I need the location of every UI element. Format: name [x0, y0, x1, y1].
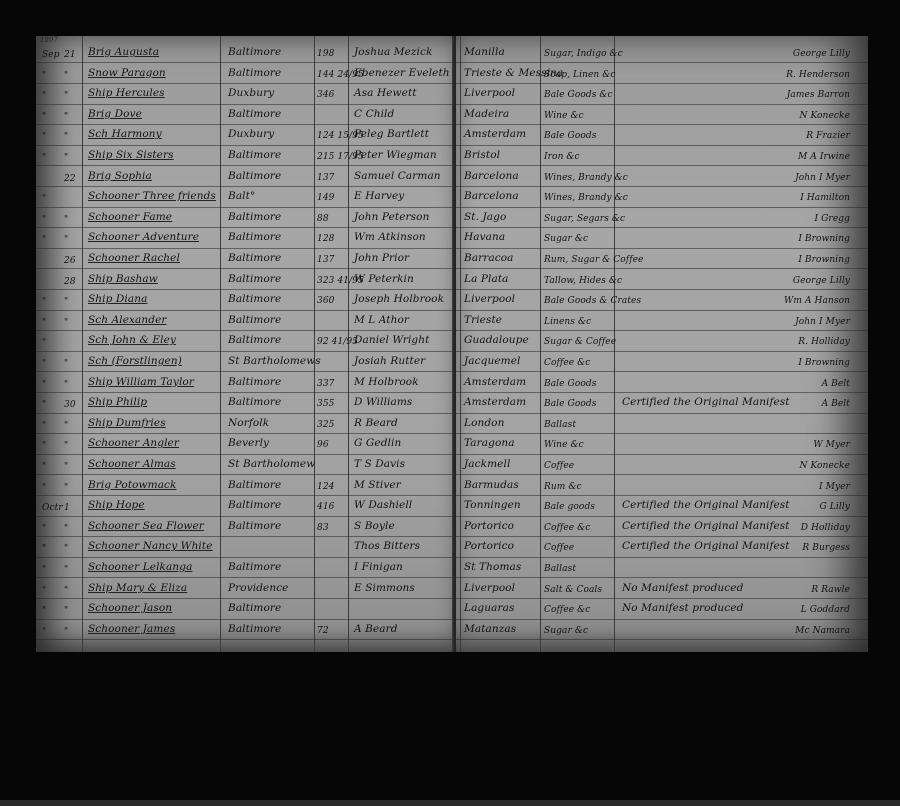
entry-vessel: Schooner Three friends [88, 188, 216, 204]
entry-master: John Prior [354, 250, 409, 266]
entry-day: " [64, 315, 68, 331]
entry-owner: N Konecke [800, 108, 850, 124]
entry-month: " [42, 191, 46, 207]
table-row: ""Schooner Sea FlowerBaltimore83S Boyle [36, 516, 456, 537]
entry-day: " [64, 562, 68, 578]
table-row: "30Ship PhilipBaltimore355D Williams [36, 392, 456, 413]
table-row: St ThomasBallast [456, 557, 868, 578]
entry-owner: W Myer [813, 437, 850, 453]
entry-owner: John I Myer [795, 170, 850, 186]
entry-cargo: Sugar &c [544, 231, 588, 247]
entry-cargo: Coffee [544, 540, 574, 556]
entry-month: " [42, 438, 46, 454]
entry-port: Baltimore [228, 250, 281, 266]
entry-port: Baltimore [228, 106, 281, 122]
entry-vessel: Schooner James [88, 621, 175, 637]
entry-port: Baltimore [228, 332, 281, 348]
entry-vessel: Ship Hope [88, 497, 145, 513]
entry-owner: A Belt [822, 396, 850, 412]
entry-master: John Peterson [354, 209, 429, 225]
entry-vessel: Sch John & Eley [88, 332, 176, 348]
entry-month: " [42, 521, 46, 537]
entry-from: Portorico [464, 538, 514, 554]
entry-vessel: Schooner Sea Flower [88, 518, 204, 534]
entry-owner: R Frazier [806, 128, 850, 144]
table-row: 26Schooner RachelBaltimore137John Prior [36, 248, 456, 269]
entry-tons: 124 [317, 479, 334, 495]
table-row: ""Schooner LelkangaBaltimoreI Finigan [36, 557, 456, 578]
entry-vessel: Schooner Fame [88, 209, 172, 225]
entry-master: C Child [354, 106, 394, 122]
entry-day: " [64, 480, 68, 496]
entry-month: Sep [42, 47, 60, 63]
entry-cargo: Ballast [544, 417, 576, 433]
entry-vessel: Schooner Angler [88, 435, 179, 451]
table-row: TonningenBale goodsCertified the Origina… [456, 495, 868, 516]
table-row: BarracoaRum, Sugar & CoffeeI Browning [456, 248, 868, 269]
table-row: ""Brig PotowmackBaltimore124M Stiver [36, 475, 456, 496]
entry-month: " [42, 603, 46, 619]
table-row: AmsterdamBale GoodsR Frazier [456, 124, 868, 145]
entry-vessel: Sch (Forstlingen) [88, 353, 182, 369]
entry-month: Octr [42, 500, 63, 516]
table-row: AmsterdamBale GoodsCertified the Origina… [456, 392, 868, 413]
entry-from: Portorico [464, 518, 514, 534]
entry-vessel: Ship Dumfries [88, 415, 166, 431]
entry-owner: I Myer [819, 479, 850, 495]
entry-cargo: Wines, Brandy &c [544, 190, 628, 206]
entry-month: " [42, 232, 46, 248]
entry-owner: George Lilly [793, 46, 850, 62]
entry-port: Baltimore [228, 374, 281, 390]
entry-port: Baltimore [228, 312, 281, 328]
table-row: BarcelonaWines, Brandy &cJohn I Myer [456, 166, 868, 187]
entry-master: Joseph Holbrook [354, 291, 444, 307]
entry-port: Baltimore [228, 271, 281, 287]
entry-master: Wm Atkinson [354, 229, 426, 245]
entry-owner: R. Holliday [798, 334, 850, 350]
entry-from: Madeira [464, 106, 509, 122]
table-row: ""Ship DianaBaltimore360Joseph Holbrook [36, 289, 456, 310]
table-row: Octr1Ship HopeBaltimore416W Dashiell [36, 495, 456, 516]
table-row: LiverpoolSalt & CoalsNo Manifest produce… [456, 578, 868, 599]
entry-master: T S Davis [354, 456, 405, 472]
entry-remarks: Certified the Original Manifest [622, 538, 790, 554]
entry-master: M Stiver [354, 477, 401, 493]
entry-port: Baltimore [228, 518, 281, 534]
entry-month: " [42, 624, 46, 640]
entry-port: Baltimore [228, 209, 281, 225]
entry-tons: 96 [317, 437, 329, 453]
table-row: HavanaSugar &cI Browning [456, 227, 868, 248]
table-row: ""Schooner Nancy WhiteThos Bitters [36, 536, 456, 557]
entry-cargo: Sugar, Indigo &c [544, 46, 623, 62]
entry-day: " [64, 624, 68, 640]
entry-from: Liverpool [464, 291, 515, 307]
table-row: St. JagoSugar, Segars &cI Gregg [456, 207, 868, 228]
entry-day: " [64, 356, 68, 372]
entry-month: " [42, 109, 46, 125]
entry-cargo: Soap, Linen &c [544, 67, 616, 83]
entry-port: Baltimore [228, 168, 281, 184]
table-row: Trieste & MessinaSoap, Linen &cR. Hender… [456, 63, 868, 84]
entry-day: 22 [64, 171, 76, 187]
entry-from: London [464, 415, 504, 431]
entry-from: St. Jago [464, 209, 506, 225]
entry-day: 26 [64, 253, 76, 269]
entry-owner: R. Henderson [786, 67, 850, 83]
entry-port: St Bartholomews [228, 353, 321, 369]
entry-month: " [42, 294, 46, 310]
table-row: ""Ship Mary & ElizaProvidenceE Simmons [36, 578, 456, 599]
entry-vessel: Snow Paragon [88, 65, 166, 81]
entry-from: St Thomas [464, 559, 521, 575]
entry-day: 30 [64, 397, 76, 413]
entry-master: M L Athor [354, 312, 409, 328]
entry-port: Baltimore [228, 229, 281, 245]
entry-port: St Bartholomew [228, 456, 315, 472]
entry-day: " [64, 212, 68, 228]
entry-day: " [64, 109, 68, 125]
entry-cargo: Sugar & Coffee [544, 334, 616, 350]
entry-month: " [42, 68, 46, 84]
entry-day: " [64, 150, 68, 166]
entry-day: " [64, 68, 68, 84]
entry-day: 1 [64, 500, 70, 516]
entry-remarks: No Manifest produced [622, 580, 743, 596]
entry-vessel: Brig Augusta [88, 44, 159, 60]
entry-cargo: Coffee [544, 458, 574, 474]
entry-master: Daniel Wright [354, 332, 429, 348]
entry-owner: John I Myer [795, 314, 850, 330]
entry-day: " [64, 418, 68, 434]
entry-cargo: Coffee &c [544, 602, 590, 618]
table-row: JacquemelCoffee &cI Browning [456, 351, 868, 372]
entry-from: Jacquemel [464, 353, 520, 369]
entry-master: Peter Wiegman [354, 147, 437, 163]
table-row: ""Schooner JamesBaltimore72A Beard [36, 619, 456, 640]
entry-port: Baltimore [228, 394, 281, 410]
entry-tons: 88 [317, 211, 329, 227]
entry-month: " [42, 356, 46, 372]
entry-day: " [64, 88, 68, 104]
entry-day: " [64, 541, 68, 557]
table-row: ""Schooner FameBaltimore88John Peterson [36, 207, 456, 228]
table-row: TaragonaWine &cW Myer [456, 433, 868, 454]
ledger-scan: 1807 Sep21Brig AugustaBaltimore198Joshua… [0, 0, 900, 806]
entry-cargo: Bale Goods [544, 376, 596, 392]
table-row: ""Sch (Forstlingen)St BartholomewsJosiah… [36, 351, 456, 372]
entry-master: Josiah Rutter [354, 353, 425, 369]
entry-port: Baltimore [228, 621, 281, 637]
entry-owner: I Browning [798, 231, 850, 247]
entry-cargo: Ballast [544, 561, 576, 577]
entry-cargo: Bale goods [544, 499, 595, 515]
table-row: MatanzasSugar &cMc Namara [456, 619, 868, 640]
entry-tons: 416 [317, 499, 334, 515]
entry-day: 21 [64, 47, 76, 63]
entry-vessel: Schooner Nancy White [88, 538, 213, 554]
entry-owner: I Gregg [815, 211, 850, 227]
table-row: LaguarasCoffee &cNo Manifest producedL G… [456, 598, 868, 619]
table-row: AmsterdamBale GoodsA Belt [456, 372, 868, 393]
table-row: PortoricoCoffee &cCertified the Original… [456, 516, 868, 537]
entry-from: Jackmell [464, 456, 510, 472]
entry-master: Samuel Carman [354, 168, 441, 184]
entry-month: " [42, 541, 46, 557]
entry-tons: 360 [317, 293, 334, 309]
entry-cargo: Linens &c [544, 314, 591, 330]
table-row: TriesteLinens &cJohn I Myer [456, 310, 868, 331]
entry-owner: I Browning [798, 355, 850, 371]
right-page: ManillaSugar, Indigo &cGeorge LillyTries… [456, 36, 868, 652]
entry-remarks: No Manifest produced [622, 600, 743, 616]
entry-port: Beverly [228, 435, 269, 451]
entry-from: Amsterdam [464, 394, 526, 410]
entry-day: " [64, 603, 68, 619]
entry-owner: Wm A Hanson [784, 293, 850, 309]
entry-vessel: Schooner Rachel [88, 250, 180, 266]
table-row: "Sch John & EleyBaltimore92 41/95Daniel … [36, 330, 456, 351]
entry-tons: 137 [317, 252, 334, 268]
entry-tons: 149 [317, 190, 334, 206]
entry-owner: N Konecke [800, 458, 850, 474]
entry-from: Trieste [464, 312, 502, 328]
entry-owner: I Browning [798, 252, 850, 268]
entry-from: Amsterdam [464, 126, 526, 142]
table-row: LiverpoolBale Goods &cJames Barron [456, 83, 868, 104]
entry-month: " [42, 459, 46, 475]
entry-vessel: Ship William Taylor [88, 374, 194, 390]
entry-owner: A Belt [822, 376, 850, 392]
entry-tons: 325 [317, 417, 334, 433]
entry-tons: 337 [317, 376, 334, 392]
entry-master: W Dashiell [354, 497, 412, 513]
table-row: ""Snow ParagonBaltimore144 24/95Ebenezer… [36, 63, 456, 84]
entry-port: Baltimore [228, 477, 281, 493]
table-row: LiverpoolBale Goods & CratesWm A Hanson [456, 289, 868, 310]
entry-master: Ebenezer Eveleth [354, 65, 450, 81]
entry-vessel: Schooner Jason [88, 600, 172, 616]
entry-master: Thos Bitters [354, 538, 420, 554]
table-row: ""Ship DumfriesNorfolk325R Beard [36, 413, 456, 434]
table-row: JackmellCoffeeN Konecke [456, 454, 868, 475]
entry-port: Baltimore [228, 44, 281, 60]
entry-month: " [42, 583, 46, 599]
entry-owner: G Lilly [820, 499, 850, 515]
entry-cargo: Salt & Coals [544, 582, 602, 598]
entry-month: " [42, 88, 46, 104]
entry-remarks: Certified the Original Manifest [622, 394, 790, 410]
entry-month: " [42, 150, 46, 166]
table-row: ""Ship Six SistersBaltimore215 17/95Pete… [36, 145, 456, 166]
entry-cargo: Bale Goods &c [544, 87, 613, 103]
table-row: ""Ship HerculesDuxbury346Asa Hewett [36, 83, 456, 104]
entry-master: D Williams [354, 394, 412, 410]
entry-master: R Beard [354, 415, 398, 431]
entry-vessel: Ship Diana [88, 291, 147, 307]
entry-tons: 72 [317, 623, 329, 639]
entry-cargo: Rum, Sugar & Coffee [544, 252, 643, 268]
entry-tons: 346 [317, 87, 334, 103]
entry-cargo: Bale Goods [544, 128, 596, 144]
entry-master: E Harvey [354, 188, 404, 204]
entry-port: Duxbury [228, 85, 274, 101]
entry-month: " [42, 377, 46, 393]
entry-vessel: Brig Potowmack [88, 477, 177, 493]
entry-tons: 128 [317, 231, 334, 247]
entry-vessel: Sch Alexander [88, 312, 167, 328]
scan-edge [0, 800, 900, 806]
entry-day: " [64, 459, 68, 475]
entry-cargo: Tallow, Hides &c [544, 273, 622, 289]
entry-cargo: Sugar, Segars &c [544, 211, 625, 227]
entry-tons: 83 [317, 520, 329, 536]
entry-owner: R Burgess [802, 540, 850, 556]
entry-month: " [42, 315, 46, 331]
table-row: BristolIron &cM A Irwine [456, 145, 868, 166]
entry-cargo: Bale Goods & Crates [544, 293, 641, 309]
entry-from: Amsterdam [464, 374, 526, 390]
entry-from: La Plata [464, 271, 509, 287]
entry-from: Manilla [464, 44, 505, 60]
entry-vessel: Sch Harmony [88, 126, 162, 142]
entry-from: Liverpool [464, 85, 515, 101]
entry-port: Baltimore [228, 291, 281, 307]
entry-master: I Finigan [354, 559, 403, 575]
entry-from: Havana [464, 229, 505, 245]
entry-owner: R Rawle [811, 582, 850, 598]
entry-from: Taragona [464, 435, 515, 451]
entry-day: " [64, 377, 68, 393]
entry-owner: James Barron [787, 87, 850, 103]
entry-from: Bristol [464, 147, 500, 163]
table-row: ManillaSugar, Indigo &cGeorge Lilly [456, 42, 868, 63]
table-row: GuadaloupeSugar & CoffeeR. Holliday [456, 330, 868, 351]
table-row: ""Sch HarmonyDuxbury124 15/95Peleg Bartl… [36, 124, 456, 145]
entry-port: Baltimore [228, 497, 281, 513]
entry-owner: L Goddard [801, 602, 850, 618]
entry-master: G Gedlin [354, 435, 401, 451]
entry-master: Peleg Bartlett [354, 126, 429, 142]
entry-port: Duxbury [228, 126, 274, 142]
table-row: ""Schooner AnglerBeverly96G Gedlin [36, 433, 456, 454]
table-row: Sep21Brig AugustaBaltimore198Joshua Mezi… [36, 42, 456, 63]
table-row: ""Brig DoveBaltimoreC Child [36, 104, 456, 125]
entry-from: Matanzas [464, 621, 516, 637]
entry-from: Barcelona [464, 168, 519, 184]
entry-owner: D Holliday [801, 520, 850, 536]
entry-vessel: Brig Dove [88, 106, 142, 122]
entry-port: Baltimore [228, 65, 281, 81]
entry-day: " [64, 294, 68, 310]
entry-tons: 137 [317, 170, 334, 186]
table-row: PortoricoCoffeeCertified the Original Ma… [456, 536, 868, 557]
entry-owner: M A Irwine [798, 149, 850, 165]
entry-month: " [42, 418, 46, 434]
entry-day: " [64, 232, 68, 248]
table-row: 28Ship BashawBaltimore323 41/95W Peterki… [36, 269, 456, 290]
entry-from: Guadaloupe [464, 332, 529, 348]
entry-day: 28 [64, 274, 76, 290]
entry-master: M Holbrook [354, 374, 419, 390]
table-row: La PlataTallow, Hides &cGeorge Lilly [456, 269, 868, 290]
table-row: ""Sch AlexanderBaltimoreM L Athor [36, 310, 456, 331]
entry-vessel: Ship Philip [88, 394, 147, 410]
entry-cargo: Rum &c [544, 479, 582, 495]
table-row: MadeiraWine &cN Konecke [456, 104, 868, 125]
entry-month: " [42, 212, 46, 228]
entry-master: Asa Hewett [354, 85, 417, 101]
entry-from: Liverpool [464, 580, 515, 596]
table-row: ""Schooner AdventureBaltimore128Wm Atkin… [36, 227, 456, 248]
entry-vessel: Ship Six Sisters [88, 147, 174, 163]
entry-from: Barmudas [464, 477, 519, 493]
table-row: ""Schooner AlmasSt BartholomewT S Davis [36, 454, 456, 475]
entry-cargo: Sugar &c [544, 623, 588, 639]
entry-month: " [42, 335, 46, 351]
entry-month: " [42, 480, 46, 496]
table-row: BarmudasRum &cI Myer [456, 475, 868, 496]
entry-from: Barracoa [464, 250, 514, 266]
entry-master: Joshua Mezick [354, 44, 432, 60]
table-row: ""Ship William TaylorBaltimore337M Holbr… [36, 372, 456, 393]
entry-port: Baltimore [228, 600, 281, 616]
entry-owner: George Lilly [793, 273, 850, 289]
table-row: ""Schooner JasonBaltimore [36, 598, 456, 619]
table-row: BarcelonaWines, Brandy &cI Hamilton [456, 186, 868, 207]
entry-master: W Peterkin [354, 271, 414, 287]
entry-port: Norfolk [228, 415, 269, 431]
entry-master: E Simmons [354, 580, 415, 596]
entry-tons: 92 41/95 [317, 334, 358, 350]
entry-vessel: Ship Mary & Eliza [88, 580, 187, 596]
entry-master: S Boyle [354, 518, 395, 534]
entry-port: Baltimore [228, 559, 281, 575]
entry-day: " [64, 438, 68, 454]
entry-vessel: Schooner Lelkanga [88, 559, 192, 575]
entry-month: " [42, 129, 46, 145]
entry-tons: 355 [317, 396, 334, 412]
entry-from: Barcelona [464, 188, 519, 204]
entry-cargo: Wines, Brandy &c [544, 170, 628, 186]
entry-port: Balt° [228, 188, 255, 204]
entry-vessel: Ship Hercules [88, 85, 165, 101]
entry-vessel: Ship Bashaw [88, 271, 158, 287]
entry-day: " [64, 521, 68, 537]
entry-vessel: Schooner Adventure [88, 229, 199, 245]
entry-vessel: Brig Sophia [88, 168, 152, 184]
entry-master: A Beard [354, 621, 398, 637]
entry-owner: I Hamilton [800, 190, 850, 206]
entry-day: " [64, 129, 68, 145]
entry-from: Tonningen [464, 497, 521, 513]
entry-remarks: Certified the Original Manifest [622, 497, 790, 513]
entry-remarks: Certified the Original Manifest [622, 518, 790, 534]
entry-cargo: Iron &c [544, 149, 580, 165]
entry-cargo: Coffee &c [544, 355, 590, 371]
entry-cargo: Bale Goods [544, 396, 596, 412]
entry-vessel: Schooner Almas [88, 456, 176, 472]
entry-cargo: Wine &c [544, 108, 584, 124]
entry-month: " [42, 562, 46, 578]
entry-month: " [42, 397, 46, 413]
table-row: 22Brig SophiaBaltimore137Samuel Carman [36, 166, 456, 187]
entry-port: Baltimore [228, 147, 281, 163]
entry-day: " [64, 583, 68, 599]
left-page: 1807 Sep21Brig AugustaBaltimore198Joshua… [36, 36, 456, 652]
table-row: LondonBallast [456, 413, 868, 434]
